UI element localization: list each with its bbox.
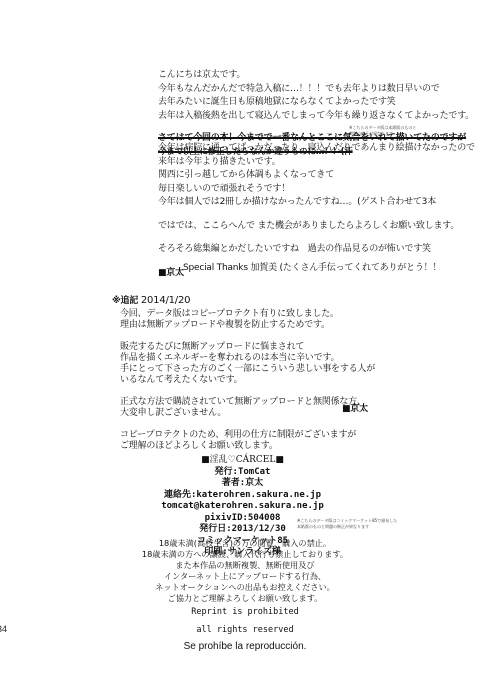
postscript-date: 2014/1/20 (141, 295, 190, 306)
age-warning: 18歳未満(高校生含)の方の閲覧、購入の禁止。 18歳未満の方への譲渡、購入代行… (110, 538, 380, 604)
reprint-notice: Reprint is prohibited (180, 607, 310, 617)
postscript-section: ※追記 2014/1/20 今回、データ版はコピープロテクト有りに致しました。 … (112, 294, 375, 452)
afterword-line: 今年もなんだかんだで特急入稿に…！！！でも去年よりは数日早いので (158, 83, 474, 97)
afterword-line: 今年は病院に通ってばっかだったり、寝込んだりであんまり絵描けなかったので (158, 142, 475, 156)
book-title: ■淫乱♡CÁRCEL■ (160, 455, 325, 467)
afterword-line: 関西に引っ越してから体調もよくなってきて (158, 169, 475, 183)
side-note-2: ※こちらのデータ版はコミックマーケット85で頒布した 本紙版のものと問題の修正が… (297, 518, 397, 530)
afterword-section-2: 今年は病院に通ってばっかだったり、寝込んだりであんまり絵描けなかったので 来年は… (158, 142, 475, 280)
afterword-line: 来年は今年より描きたいです。 (158, 156, 475, 170)
postscript-mark: ※追記 (112, 296, 138, 306)
afterword-line: 去年は入稿後熱を出して寝込んでしまって今年も繰り返さなくてよかったです。 (158, 110, 474, 124)
afterword-greeting: こんにちは京太です。 (158, 69, 474, 83)
special-thanks: Special Thanks 加賀美 (たくさん手伝ってくれてありがとう！！ (183, 262, 441, 276)
side-note-1: ※こちらのデータ版は本紙版のものと 問題の修正が異なります (349, 125, 416, 137)
afterword-closing-2: そろそろ総集編とかだしたいですね 過去の作品見るのが怖いです笑 (158, 243, 475, 257)
spanish-notice: Se prohíbe la reproducción. (160, 641, 330, 652)
rights-notice: all rights reserved (180, 625, 310, 635)
postscript-heading: ※追記 2014/1/20 (112, 294, 375, 309)
postscript-signature: ■京太 (342, 403, 368, 417)
doujinshi-afterword-page: こんにちは京太です。 今年もなんだかんだで特急入稿に…！！！でも去年よりは数日早… (0, 0, 480, 685)
page-number: 34 (0, 624, 7, 634)
afterword-line: 毎日楽しいので頑張れそうです！ (158, 183, 475, 197)
afterword-line: 去年みたいに誕生日も原稿地獄にならなくてよかったです笑 (158, 96, 474, 110)
afterword-line: 今年は個人では2冊しか描けなかったんですね…。(ゲスト合わせて3本 (158, 196, 475, 210)
afterword-closing: ではでは、ここらへんで また機会がありましたらよろしくお願い致します。 (158, 220, 475, 234)
